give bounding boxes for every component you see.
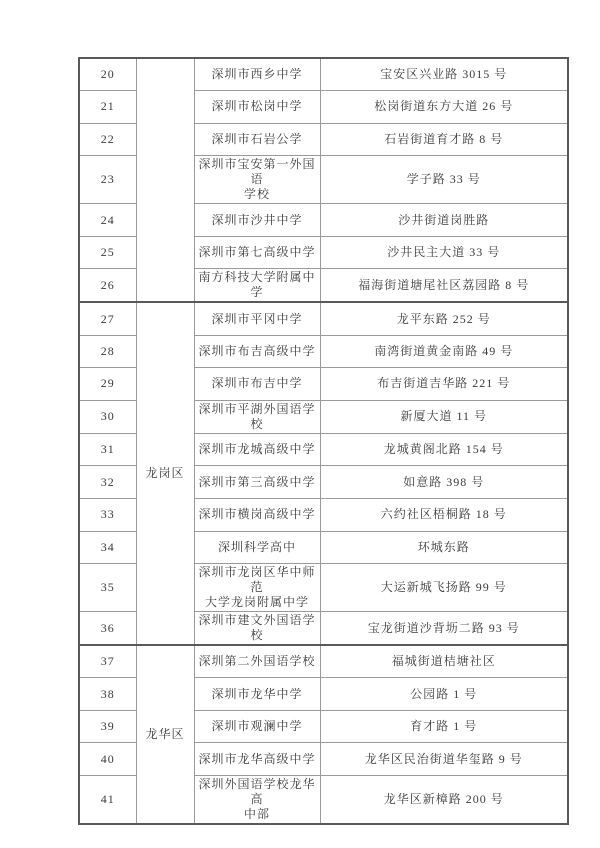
address-cell: 龙华区民治街道华玺路 9 号: [320, 743, 568, 776]
table-row: 37龙华区深圳第二外国语学校福城街道桔塘社区: [79, 645, 568, 678]
school-name-cell: 深圳市第七高级中学: [194, 236, 320, 269]
school-name-cell: 深圳市横岗高级中学: [194, 498, 320, 531]
address-cell: 宝龙街道沙背坜二路 93 号: [320, 612, 568, 646]
district-cell: 龙华区: [136, 645, 194, 824]
row-number-cell: 40: [79, 743, 136, 776]
school-name-cell: 深圳市龙华中学: [194, 678, 320, 711]
row-number-cell: 32: [79, 466, 136, 499]
row-number-cell: 41: [79, 776, 136, 825]
school-name-cell: 深圳市西乡中学: [194, 58, 320, 91]
row-number-cell: 22: [79, 123, 136, 156]
row-number-cell: 36: [79, 612, 136, 646]
address-cell: 福城街道桔塘社区: [320, 645, 568, 678]
row-number-cell: 28: [79, 335, 136, 368]
row-number-cell: 39: [79, 710, 136, 743]
row-number-cell: 21: [79, 91, 136, 124]
school-name-cell: 深圳第二外国语学校: [194, 645, 320, 678]
school-name-cell: 深圳市平冈中学: [194, 302, 320, 335]
address-cell: 沙井民主大道 33 号: [320, 236, 568, 269]
row-number-cell: 31: [79, 433, 136, 466]
row-number-cell: 30: [79, 400, 136, 433]
school-name-cell: 深圳市布吉高级中学: [194, 335, 320, 368]
district-cell: 龙岗区: [136, 302, 194, 645]
school-name-cell: 深圳市龙岗区华中师范 大学龙岗附属中学: [194, 564, 320, 612]
school-name-cell: 深圳市龙华高级中学: [194, 743, 320, 776]
row-number-cell: 23: [79, 156, 136, 204]
school-name-cell: 深圳外国语学校龙华高 中部: [194, 776, 320, 825]
school-name-cell: 深圳市沙井中学: [194, 204, 320, 237]
document-page: 20深圳市西乡中学宝安区兴业路 3015 号21深圳市松岗中学松岗街道东方大道 …: [0, 0, 600, 848]
address-cell: 环城东路: [320, 531, 568, 564]
school-table-body: 20深圳市西乡中学宝安区兴业路 3015 号21深圳市松岗中学松岗街道东方大道 …: [79, 58, 568, 824]
row-number-cell: 37: [79, 645, 136, 678]
school-name-cell: 深圳市松岗中学: [194, 91, 320, 124]
row-number-cell: 38: [79, 678, 136, 711]
row-number-cell: 26: [79, 269, 136, 303]
row-number-cell: 34: [79, 531, 136, 564]
address-cell: 松岗街道东方大道 26 号: [320, 91, 568, 124]
school-name-cell: 深圳市观澜中学: [194, 710, 320, 743]
row-number-cell: 29: [79, 368, 136, 401]
address-cell: 大运新城飞扬路 99 号: [320, 564, 568, 612]
school-name-cell: 深圳市布吉中学: [194, 368, 320, 401]
table-row: 20深圳市西乡中学宝安区兴业路 3015 号: [79, 58, 568, 91]
row-number-cell: 20: [79, 58, 136, 91]
address-cell: 公园路 1 号: [320, 678, 568, 711]
school-name-cell: 深圳市第三高级中学: [194, 466, 320, 499]
row-number-cell: 27: [79, 302, 136, 335]
address-cell: 布吉街道吉华路 221 号: [320, 368, 568, 401]
row-number-cell: 25: [79, 236, 136, 269]
address-cell: 龙城黄阁北路 154 号: [320, 433, 568, 466]
address-cell: 育才路 1 号: [320, 710, 568, 743]
school-name-cell: 深圳市宝安第一外国语 学校: [194, 156, 320, 204]
address-cell: 南湾街道黄金南路 49 号: [320, 335, 568, 368]
address-cell: 龙平东路 252 号: [320, 302, 568, 335]
school-name-cell: 深圳市石岩公学: [194, 123, 320, 156]
address-cell: 龙华区新樟路 200 号: [320, 776, 568, 825]
address-cell: 学子路 33 号: [320, 156, 568, 204]
address-cell: 石岩街道育才路 8 号: [320, 123, 568, 156]
row-number-cell: 33: [79, 498, 136, 531]
school-name-cell: 南方科技大学附属中学: [194, 269, 320, 303]
address-cell: 沙井街道岗胜路: [320, 204, 568, 237]
school-name-cell: 深圳市建文外国语学校: [194, 612, 320, 646]
row-number-cell: 24: [79, 204, 136, 237]
school-name-cell: 深圳市龙城高级中学: [194, 433, 320, 466]
address-cell: 宝安区兴业路 3015 号: [320, 58, 568, 91]
school-table: 20深圳市西乡中学宝安区兴业路 3015 号21深圳市松岗中学松岗街道东方大道 …: [78, 57, 569, 825]
table-row: 27龙岗区深圳市平冈中学龙平东路 252 号: [79, 302, 568, 335]
school-name-cell: 深圳市平湖外国语学校: [194, 400, 320, 433]
address-cell: 六约社区梧桐路 18 号: [320, 498, 568, 531]
address-cell: 如意路 398 号: [320, 466, 568, 499]
address-cell: 新厦大道 11 号: [320, 400, 568, 433]
row-number-cell: 35: [79, 564, 136, 612]
district-cell: [136, 58, 194, 302]
address-cell: 福海街道塘尾社区荔园路 8 号: [320, 269, 568, 303]
school-name-cell: 深圳科学高中: [194, 531, 320, 564]
